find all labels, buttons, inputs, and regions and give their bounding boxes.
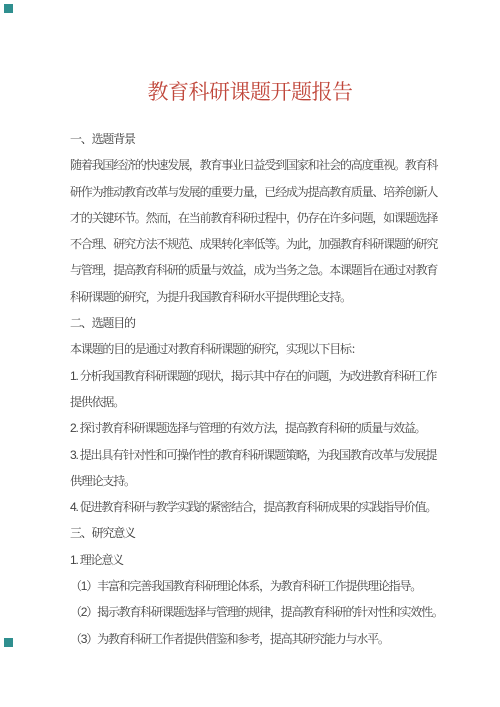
paragraph-line: （3）为教育科研工作者提供借鉴和参考，提高其研究能力与水平。 <box>70 626 450 652</box>
paragraph-line: 1. 分析我国教育科研课题的现状，揭示其中存在的问题，为改进教育科研工作 <box>70 363 450 389</box>
page-corner-mark-top-left <box>4 4 13 13</box>
paragraph-line: 才的关键环节。然而，在当前教育科研过程中，仍存在许多问题，如课题选择 <box>70 205 450 231</box>
section-heading: 二、选题目的 <box>70 310 450 336</box>
paragraph-line: 提供依据。 <box>70 389 450 415</box>
paragraph-line: 本课题的目的是通过对教育科研课题的研究，实现以下目标： <box>70 336 450 362</box>
paragraph-line: 科研课题的研究，为提升我国教育科研水平提供理论支持。 <box>70 284 450 310</box>
page-corner-mark-bottom-left <box>4 638 13 647</box>
paragraph-line: 3. 提出具有针对性和可操作性的教育科研课题策略，为我国教育改革与发展提 <box>70 442 450 468</box>
paragraph-line: 4. 促进教育科研与教学实践的紧密结合，提高教育科研成果的实践指导价值。 <box>70 494 450 520</box>
subsection-heading: 1. 理论意义 <box>70 547 450 573</box>
document-title: 教育科研课题开题报告 <box>0 76 500 106</box>
section-heading: 三、研究意义 <box>70 520 450 546</box>
paragraph-line: 2. 探讨教育科研课题选择与管理的有效方法，提高教育科研的质量与效益。 <box>70 415 450 441</box>
paragraph-line: 随着我国经济的快速发展，教育事业日益受到国家和社会的高度重视。教育科 <box>70 152 450 178</box>
paragraph-line: 研作为推动教育改革与发展的重要力量，已经成为提高教育质量、培养创新人 <box>70 179 450 205</box>
paragraph-line: （1）丰富和完善我国教育科研理论体系，为教育科研工作提供理论指导。 <box>70 573 450 599</box>
paragraph-line: 与管理，提高教育科研的质量与效益，成为当务之急。本课题旨在通过对教育 <box>70 257 450 283</box>
section-heading: 一、选题背景 <box>70 126 450 152</box>
paragraph-line: 不合理、研究方法不规范、成果转化率低等。为此，加强教育科研课题的研究 <box>70 231 450 257</box>
document-page: 教育科研课题开题报告 一、选题背景 随着我国经济的快速发展，教育事业日益受到国家… <box>0 0 500 707</box>
paragraph-line: （2）揭示教育科研课题选择与管理的规律，提高教育科研的针对性和实效性。 <box>70 599 450 625</box>
document-body: 一、选题背景 随着我国经济的快速发展，教育事业日益受到国家和社会的高度重视。教育… <box>70 126 450 652</box>
paragraph-line: 供理论支持。 <box>70 468 450 494</box>
